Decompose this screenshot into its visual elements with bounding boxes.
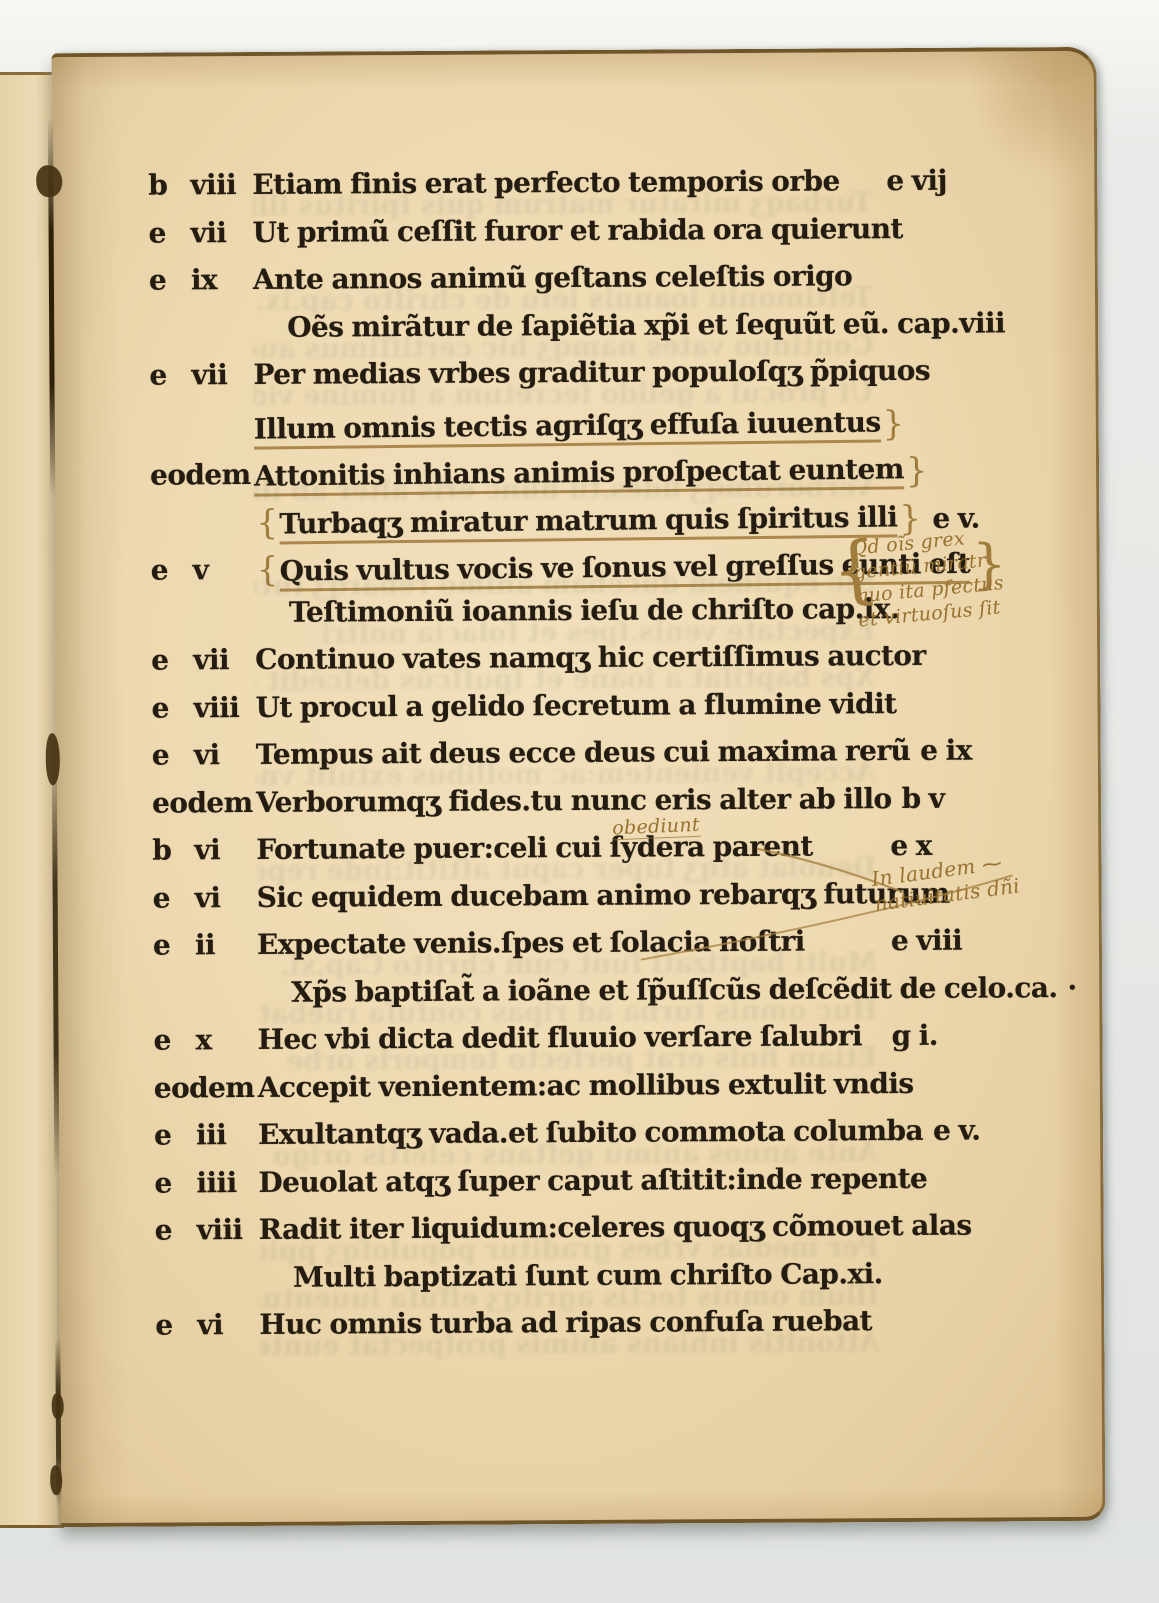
folio-ref-right: b v xyxy=(891,781,1021,815)
toc-row: Xp̃s baptiſat̃ a ioãne et ſp̃uſſcũs deſc… xyxy=(153,971,1033,1024)
folio-ref-right: e vij xyxy=(876,163,1006,197)
folio-ref-right xyxy=(906,432,1036,433)
folio-ref: eii xyxy=(153,928,257,962)
folio-ref-right xyxy=(883,1329,1013,1330)
ink-brace: { xyxy=(255,550,280,590)
folio-ref: eodem xyxy=(152,785,256,819)
folio-ref-part: viii xyxy=(193,690,255,723)
verse-text: Deuolat atqʒ ſuper caput aſtitit:inde re… xyxy=(258,1161,927,1198)
verse-text: Expectate venis.ſpes et ſolacia noſtri xyxy=(257,924,881,961)
toc-rows: bviii Etiam finis erat perfecto temporis… xyxy=(148,163,1035,1356)
folio-ref-right xyxy=(903,237,1033,238)
folio-ref: bviii xyxy=(148,168,252,202)
toc-row: evi Huc omnis turba ad ripas confuſa rue… xyxy=(155,1303,1035,1356)
verse-text: Oẽs mirãtur de ſapiẽtia xp̃i et ſequũt e… xyxy=(253,306,1005,344)
folio-ref-right xyxy=(897,712,1027,713)
verse-text-inner: Accepit venientem:ac mollibus extulit vn… xyxy=(258,1066,914,1103)
folio-ref xyxy=(150,531,254,532)
verse-text: Attonitis inhians animis proſpectat eunt… xyxy=(254,449,929,495)
verse-text-inner: Hec vbi dicta dedit fluuio verſare ſalub… xyxy=(257,1019,862,1056)
folio-ref-part: viii xyxy=(197,1213,259,1246)
verse-text-inner: Continuo vates namqʒ hic certiſſimus auc… xyxy=(255,639,926,676)
verse-text-inner: Expectate venis.ſpes et ſolacia noſtri xyxy=(257,925,805,961)
verse-text: Illum omnis tectis agriſqʒ effuſa iuuent… xyxy=(254,401,906,447)
folio-ref-part: iiii xyxy=(196,1165,258,1198)
verse-text: Ut primũ ceſſit furor et rabida ora quie… xyxy=(253,212,903,249)
folio-ref-part: e xyxy=(151,643,193,676)
toc-row: eviii Ut procul a gelido ſecretum a flum… xyxy=(151,686,1031,739)
folio-ref-right xyxy=(972,1234,1102,1235)
folio-ref: eiiii xyxy=(154,1165,258,1199)
folio-ref-right: · xyxy=(1057,970,1159,1004)
toc-row: evii Ut primũ ceſſit furor et rabida ora… xyxy=(149,211,1029,264)
folio-ref-part: e xyxy=(153,1023,195,1056)
toc-row: Oẽs mirãtur de ſapiẽtia xp̃i et ſequũt e… xyxy=(149,306,1029,359)
verse-text-inner: Fortunate puer:celi cui ſydera parent xyxy=(256,830,813,866)
folio-ref-part: b xyxy=(148,168,190,201)
folio-ref-right xyxy=(917,1282,1047,1283)
folio-ref-part: vi xyxy=(195,880,257,913)
verse-text: Continuo vates namqʒ hic certiſſimus auc… xyxy=(255,639,926,676)
folio-ref-right xyxy=(1008,574,1138,575)
verse-text-inner: Radit iter liquidum:celeres quoqʒ cõmoue… xyxy=(259,1209,972,1246)
folio-ref-part: e xyxy=(149,216,191,249)
verse-text: Huc omnis turba ad ripas confuſa ruebat xyxy=(259,1304,883,1341)
folio-ref: evi xyxy=(155,1308,259,1342)
verse-text-inner: Deuolat atqʒ ſuper caput aſtitit:inde re… xyxy=(258,1161,927,1198)
folio-ref: ev xyxy=(151,553,255,587)
folio-ref: evii xyxy=(151,643,255,677)
folio-ref-part: iii xyxy=(196,1118,258,1151)
folio-ref-right xyxy=(926,664,1056,665)
ink-brace: { xyxy=(828,531,882,609)
verse-text-inner: Ut primũ ceſſit furor et rabida ora quie… xyxy=(253,212,903,249)
folio-ref-right: g i. xyxy=(881,1018,1011,1052)
verse-text: Accepit venientem:ac mollibus extulit vn… xyxy=(258,1066,914,1103)
folio-ref: eodem xyxy=(150,458,254,492)
folio-ref-part: viii xyxy=(190,168,252,201)
verse-text-inner: Verborumqʒ fides.tu nunc eris alter ab i… xyxy=(256,782,892,819)
verse-text: Sic equidem ducebam animo rebarqʒ futuru… xyxy=(257,876,950,913)
verse-text-inner: Huc omnis turba ad ripas confuſa ruebat xyxy=(259,1304,872,1341)
ink-brace: { xyxy=(254,502,279,542)
toc-row: evii Continuo vates namqʒ hic certiſſimu… xyxy=(151,638,1031,691)
sewing-stitch xyxy=(46,733,60,785)
interlinear-annotation: obediunt xyxy=(612,814,700,841)
folio-ref-right xyxy=(927,1187,1057,1188)
folio-ref: eviii xyxy=(155,1213,259,1247)
folio-ref xyxy=(155,1286,259,1287)
folio-ref-part: x xyxy=(195,1023,257,1056)
folio-ref-part: vi xyxy=(197,1308,259,1341)
folio-ref: eiii xyxy=(154,1118,258,1152)
folio-ref-part: e xyxy=(149,263,191,296)
folio-ref-part: ix xyxy=(191,263,253,296)
sewing-stitch xyxy=(36,165,62,197)
margin-note-annotation: { Qd oĩs grex gentiũ miratr quo ita pfec… xyxy=(851,523,1007,632)
toc-row: eviii Radit iter liquidum:celeres quoqʒ … xyxy=(155,1208,1035,1261)
verse-text-inner: Teſtimoniũ ioannis ieſu de chriſto cap.i… xyxy=(289,592,899,629)
folio-ref: eix xyxy=(149,263,253,297)
folio-ref-part: e xyxy=(154,1118,196,1151)
verse-text: Ut procul a gelido ſecretum a flumine vi… xyxy=(255,687,896,724)
verse-text: {Turbaqʒ miratur matrum quis ſpiritus il… xyxy=(254,496,922,542)
verse-text: Ante annos animũ geſtans celeſtis origo xyxy=(253,259,877,296)
verse-text-inner: Oẽs mirãtur de ſapiẽtia xp̃i et ſequũt e… xyxy=(287,306,1005,343)
verse-text-inner: Turbaqʒ miratur matrum quis ſpiritus ill… xyxy=(279,500,897,544)
folio-ref-part: e xyxy=(152,738,194,771)
toc-row: eix Ante annos animũ geſtans celeſtis or… xyxy=(149,258,1029,311)
folio-ref-right: e ix xyxy=(910,733,1040,767)
folio-ref-part: e xyxy=(151,553,193,586)
verse-text: Exultantqʒ vada.et ſubito commota columb… xyxy=(258,1114,923,1151)
folio-ref-right: e viii xyxy=(881,923,1011,957)
toc-row: eodem Attonitis inhians animis proſpecta… xyxy=(150,448,1030,501)
ink-brace: } xyxy=(904,451,929,491)
folio-ref-right: e v. xyxy=(923,1113,1053,1147)
verse-text: Radit iter liquidum:celeres quoqʒ cõmoue… xyxy=(259,1209,972,1246)
sewing-stitch xyxy=(52,1393,64,1419)
verse-text: Hec vbi dicta dedit fluuio verſare ſalub… xyxy=(257,1019,881,1056)
verse-text-inner: Multi baptizati ſunt cum chriſto Cap.xi. xyxy=(293,1257,883,1294)
folio-ref-part: v xyxy=(193,553,255,586)
verse-text: Tempus ait deus ecce deus cui maxima rer… xyxy=(256,734,911,771)
folio-ref-part: vii xyxy=(191,215,253,248)
folio-ref: evi xyxy=(152,738,256,772)
verse-text: Per medias vrbes graditur populoſqʒ p̃pi… xyxy=(253,354,930,391)
toc-row: evii Per medias vrbes graditur populoſqʒ… xyxy=(149,353,1029,406)
folio-ref-part: vi xyxy=(194,833,256,866)
folio-ref-part: e xyxy=(154,1166,196,1199)
toc-row: eiii Exultantqʒ vada.et ſubito commota c… xyxy=(154,1113,1034,1166)
verse-text-inner: Ante annos animũ geſtans celeſtis origo xyxy=(253,259,852,296)
folio-ref-right xyxy=(914,1092,1044,1093)
folio-ref: bvi xyxy=(152,833,256,867)
folio-ref-right xyxy=(877,284,1007,285)
folio-ref xyxy=(151,621,255,622)
toc-row: bviii Etiam finis erat perfecto temporis… xyxy=(148,163,1028,216)
toc-row: eii Expectate venis.ſpes et ſolacia noſt… xyxy=(153,923,1033,976)
folio-ref-part: e xyxy=(153,881,195,914)
folio-ref-part: vii xyxy=(193,643,255,676)
toc-row: evi Tempus ait deus ecce deus cui maxima… xyxy=(152,733,1032,786)
verse-text: Etiam finis erat perfecto temporis orbe xyxy=(252,164,876,201)
toc-row: ex Hec vbi dicta dedit fluuio verſare ſa… xyxy=(153,1018,1033,1071)
folio-ref xyxy=(149,336,253,337)
folio-ref-right xyxy=(930,379,1060,380)
folio-ref xyxy=(150,436,254,437)
folio-ref-part: e xyxy=(155,1308,197,1341)
verse-text: Fortunate puer:celi cui ſydera parent xyxy=(256,829,880,866)
folio-ref-part: e xyxy=(155,1213,197,1246)
folio-ref: ex xyxy=(153,1023,257,1057)
folio-ref: evi xyxy=(153,880,257,914)
folio-ref: evii xyxy=(149,215,253,249)
folio-ref-part: ii xyxy=(195,928,257,961)
folio-ref-part: e xyxy=(153,928,195,961)
book-page: bviii Etiam finis erat perfecto temporis… xyxy=(52,47,1106,1527)
scanned-book-photo: bviii Etiam finis erat perfecto temporis… xyxy=(0,0,1159,1603)
verse-text-inner: Illum omnis tectis agriſqʒ effuſa iuuent… xyxy=(254,405,881,449)
verse-text-inner: Tempus ait deus ecce deus cui maxima rer… xyxy=(256,734,911,771)
verse-text-inner: Attonitis inhians animis proſpectat eunt… xyxy=(254,452,904,496)
folio-ref-part: e xyxy=(149,358,191,391)
toc-row: Multi baptizati ſunt cum chriſto Cap.xi. xyxy=(155,1256,1035,1309)
verse-text: Teſtimoniũ ioannis ieſu de chriſto cap.i… xyxy=(255,591,913,628)
toc-row: eodem Verborumqʒ fides.tu nunc eris alte… xyxy=(152,781,1032,834)
folio-ref-part: e xyxy=(151,691,193,724)
sewing-stitch xyxy=(50,1465,62,1495)
folio-ref: eodem xyxy=(154,1070,258,1104)
toc-row: eodem Accepit venientem:ac mollibus extu… xyxy=(154,1066,1034,1119)
folio-ref-right xyxy=(929,479,1059,480)
folio-ref-part: b xyxy=(152,833,194,866)
verse-text-inner: Etiam finis erat perfecto temporis orbe xyxy=(252,164,840,201)
verse-text: Verborumqʒ fides.tu nunc eris alter ab i… xyxy=(256,782,892,819)
verse-text-inner: Ut procul a gelido ſecretum a flumine vi… xyxy=(255,687,896,724)
verse-text-inner: Xp̃s baptiſat̃ a ioãne et ſp̃uſſcũs deſc… xyxy=(291,971,1057,1009)
verse-text: Multi baptizati ſunt cum chriſto Cap.xi. xyxy=(259,1256,917,1293)
verse-text-inner: Exultantqʒ vada.et ſubito commota columb… xyxy=(258,1114,923,1151)
folio-ref xyxy=(153,1001,257,1002)
verse-text-inner: Sic equidem ducebam animo rebarqʒ futuru… xyxy=(257,876,950,913)
verse-text-inner: Per medias vrbes graditur populoſqʒ p̃pi… xyxy=(253,354,930,391)
folio-ref-part: vii xyxy=(191,358,253,391)
toc-row: eiiii Deuolat atqʒ ſuper caput aſtitit:i… xyxy=(154,1161,1034,1214)
verse-text: Xp̃s baptiſat̃ a ioãne et ſp̃uſſcũs deſc… xyxy=(257,971,1057,1009)
folio-ref: evii xyxy=(149,358,253,392)
folio-ref-right xyxy=(1005,331,1135,332)
ink-brace: } xyxy=(880,403,905,443)
folio-ref: eviii xyxy=(151,690,255,724)
folio-ref-part: vi xyxy=(194,738,256,771)
toc-row: Illum omnis tectis agriſqʒ effuſa iuuent… xyxy=(150,401,1030,454)
